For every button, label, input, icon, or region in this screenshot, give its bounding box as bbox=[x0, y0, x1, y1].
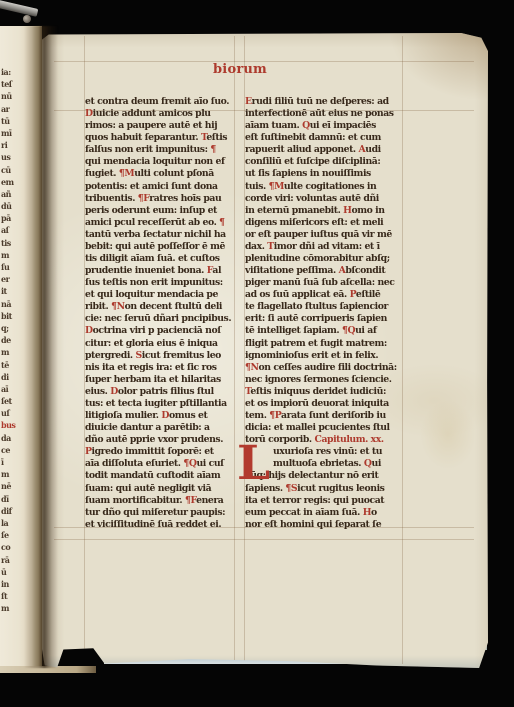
text-line: corde viri: voluntas autē dñi bbox=[245, 193, 405, 205]
text-line: et os impiorū deuorat iniquita bbox=[245, 398, 405, 410]
text-line: in eternū pmanebit. Homo in bbox=[245, 205, 405, 217]
text-line: prudentie inueniet bona. Fal bbox=[85, 265, 236, 277]
text-line: digens miſericors eſt: et meli bbox=[245, 217, 405, 229]
text-line: falſus non erit impunitus: ¶ bbox=[85, 144, 236, 156]
text-line: rimos: a paupere autē et hij bbox=[85, 120, 236, 132]
text-fragment: ſt bbox=[1, 590, 17, 602]
text-fragment: em bbox=[1, 176, 17, 188]
text-fragment: m bbox=[1, 602, 17, 614]
text-fragment: di bbox=[1, 371, 17, 383]
text-fragment: pā bbox=[1, 212, 17, 224]
text-line: Erudi filiū tuū ne deſperes: ad bbox=[245, 96, 405, 108]
text-line: plenitudine cōmorabitur abſq; bbox=[245, 253, 405, 265]
text-fragment: ī bbox=[1, 456, 17, 468]
text-fragment: bit bbox=[1, 310, 17, 322]
facing-page-text-fragments: ia:teſnūartūmīriuscūemañdūpāaſtismſuerit… bbox=[1, 66, 17, 614]
text-fragment: ſe bbox=[1, 529, 17, 541]
text-line: nec ignores ſermones ſciencie. bbox=[245, 374, 405, 386]
text-fragment: aſ bbox=[1, 224, 17, 236]
text-fragment: m bbox=[1, 468, 17, 480]
text-line: tis diligit aīam ſuā. et cuſtos bbox=[85, 253, 236, 265]
text-line: Pigredo immittit ſoporē: et bbox=[85, 446, 236, 458]
text-line: aīa diſſoluta eſuriet. ¶Qui cuſ bbox=[85, 458, 236, 470]
text-line: tem. ¶Parata ſunt deriſorib iu bbox=[245, 410, 405, 422]
text-fragment: nē bbox=[1, 480, 17, 492]
text-line: qui mendacia loquitur non ef bbox=[85, 156, 236, 168]
text-fragment: tē bbox=[1, 359, 17, 371]
text-fragment: dif bbox=[1, 505, 17, 517]
text-line: erit: ſi autē corripueris ſapien bbox=[245, 313, 405, 325]
text-line: te flagellato ſtultus ſapiencior bbox=[245, 301, 405, 313]
text-line: et viciſſitudinē ſuā reddet ei. bbox=[85, 519, 236, 531]
text-line: citur: et gloria eius ē iniqua bbox=[85, 338, 236, 350]
text-fragment: tū bbox=[1, 115, 17, 127]
text-fragment: añ bbox=[1, 188, 17, 200]
text-fragment: m bbox=[1, 346, 17, 358]
text-fragment: ar bbox=[1, 103, 17, 115]
chapter-initial-L: L bbox=[237, 440, 270, 487]
text-line: or eſt pauper iuſtus quā vir mē bbox=[245, 229, 405, 241]
text-line: dicia: et mallei pcucientes ſtul bbox=[245, 422, 405, 434]
manuscript-page: biorum et contra deum fremit aīo ſuo.Diu… bbox=[42, 32, 488, 668]
text-line: fugiet. ¶Multi colunt pſonā bbox=[85, 168, 236, 180]
binding-knot bbox=[23, 15, 31, 23]
text-line: litigioſa mulier. Domus et bbox=[85, 410, 236, 422]
text-fragment: co bbox=[1, 541, 17, 553]
manuscript-photo: ia:teſnūartūmīriuscūemañdūpāaſtismſuerit… bbox=[0, 0, 514, 707]
text-line: nor eſt homini qui ſeparat ſe bbox=[245, 519, 405, 531]
text-fragment: cū bbox=[1, 164, 17, 176]
text-fragment: in bbox=[1, 578, 17, 590]
text-line: aīam tuam. Qui eī impaciēs bbox=[245, 120, 405, 132]
text-line: et contra deum fremit aīo ſuo. bbox=[85, 96, 236, 108]
text-fragment: la bbox=[1, 517, 17, 529]
text-fragment: nā bbox=[1, 298, 17, 310]
text-line: ſus teſtis non erit impunitus: bbox=[85, 277, 236, 289]
text-line: eſt ſuſtinebit damnū: et cum bbox=[245, 132, 405, 144]
text-line: peris oderunt eum: inſup et bbox=[85, 205, 236, 217]
text-line: tribuentis. ¶Fratres hoīs pau bbox=[85, 193, 236, 205]
text-line: dax. Timor dñi ad vitam: et ī bbox=[245, 241, 405, 253]
text-fragment: ia: bbox=[1, 66, 17, 78]
text-fragment: er bbox=[1, 273, 17, 285]
text-line: Teſtis iniquus deridet iudiciū: bbox=[245, 386, 405, 398]
text-fragment: ſu bbox=[1, 261, 17, 273]
text-fragment: de bbox=[1, 334, 17, 346]
text-line: ad os ſuū applicat eā. Peſtilē bbox=[245, 289, 405, 301]
text-line: tuis. ¶Multe cogitationes in bbox=[245, 181, 405, 193]
text-line: potentis: et amici ſunt dona bbox=[85, 181, 236, 193]
text-fragment: tis bbox=[1, 237, 17, 249]
text-line: diuicie dantur a parētib: a bbox=[85, 422, 236, 434]
text-line: todit mandatū cuſtodit aīam bbox=[85, 470, 236, 482]
text-line: tantū verba ſectatur nichil ha bbox=[85, 229, 236, 241]
text-line: tus: et tecta iugiter pſtillantia bbox=[85, 398, 236, 410]
text-fragment: m bbox=[1, 249, 17, 261]
text-line: amici pcul receſſerūt ab eo. ¶ bbox=[85, 217, 236, 229]
text-fragment: ū bbox=[1, 566, 17, 578]
page-stack-edge-bottom-left bbox=[0, 666, 96, 673]
text-fragment: it bbox=[1, 285, 17, 297]
text-fragment: mī bbox=[1, 127, 17, 139]
text-fragment: dū bbox=[1, 200, 17, 212]
text-fragment: aī bbox=[1, 383, 17, 395]
text-line: quos habuit ſeparantur. Teſtis bbox=[85, 132, 236, 144]
text-line: tur dño qui miſeretur paupis: bbox=[85, 507, 236, 519]
text-line: tē intelliget ſapiam. ¶Qui af bbox=[245, 325, 405, 337]
text-line: ¶Non ceſſes audire fili doctrinā: bbox=[245, 362, 405, 374]
text-fragment: us bbox=[1, 151, 17, 163]
text-line: ribit. ¶Non decent ſtultū deli bbox=[85, 301, 236, 313]
text-fragment: da bbox=[1, 432, 17, 444]
binding-headband bbox=[0, 0, 38, 17]
text-line: ita et terror regis: qui puocat bbox=[245, 495, 405, 507]
text-line: conſiliū et ſuſcipe diſciplinā: bbox=[245, 156, 405, 168]
text-fragment: rā bbox=[1, 554, 17, 566]
text-line: Diuicie addunt amicos plu bbox=[85, 108, 236, 120]
text-line: cie: nec ſeruū dñari pncipibus. bbox=[85, 313, 236, 325]
text-line: eum peccat in aīam ſuā. Ho bbox=[245, 507, 405, 519]
text-line: fligit patrem et fugit matrem: bbox=[245, 338, 405, 350]
running-title: biorum bbox=[200, 62, 280, 77]
text-line: viſitatione peſſima. Abſcondit bbox=[245, 265, 405, 277]
text-line: ſuper herbam ita et hilaritas bbox=[85, 374, 236, 386]
text-line: ptergredi. Sicut fremitus leo bbox=[85, 350, 236, 362]
text-line: ſuam mortificabitur. ¶Fenera bbox=[85, 495, 236, 507]
text-fragment: ri bbox=[1, 139, 17, 151]
text-line: nis ita et regis ira: et ſic ros bbox=[85, 362, 236, 374]
text-line: Doctrina viri p pacienciā noſ bbox=[85, 325, 236, 337]
page-content: biorum et contra deum fremit aīo ſuo.Diu… bbox=[42, 32, 488, 668]
text-fragment: ſet bbox=[1, 395, 17, 407]
text-fragment: ce bbox=[1, 444, 17, 456]
text-line: rapuerit aliud apponet. Audi bbox=[245, 144, 405, 156]
text-line: et qui loquitur mendacia pe bbox=[85, 289, 236, 301]
text-line: ſuam: qui autē negligit viā bbox=[85, 483, 236, 495]
text-line: interfectionē aūt eius ne ponas bbox=[245, 108, 405, 120]
text-column-left: et contra deum fremit aīo ſuo.Diuicie ad… bbox=[85, 96, 236, 531]
text-fragment: q; bbox=[1, 322, 17, 334]
text-fragment: nū bbox=[1, 90, 17, 102]
text-fragment: dī bbox=[1, 493, 17, 505]
text-line: ignominioſus erit et in felix. bbox=[245, 350, 405, 362]
text-fragment: uſ bbox=[1, 407, 17, 419]
text-line: eius. Dolor patris filius ſtul bbox=[85, 386, 236, 398]
text-line: piger manū ſuā ſub aſcella: nec bbox=[245, 277, 405, 289]
text-line: bebit: qui autē poſſeſſor ē mē bbox=[85, 241, 236, 253]
text-fragment: bus bbox=[1, 419, 17, 431]
text-line: dño autē pprie vxor prudens. bbox=[85, 434, 236, 446]
text-fragment: teſ bbox=[1, 78, 17, 90]
text-line: ut ſis ſapiens in nouiſſimis bbox=[245, 168, 405, 180]
